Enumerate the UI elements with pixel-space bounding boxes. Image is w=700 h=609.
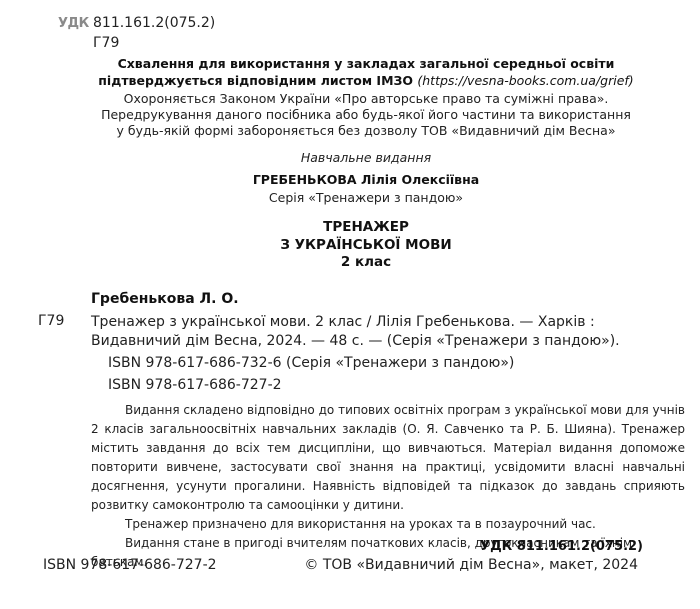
author-mark: Г79: [93, 35, 119, 51]
biblio-description: Тренажер з української мови. 2 клас / Лі…: [91, 313, 676, 351]
copyright-line-1: Охороняється Законом України «Про авторс…: [66, 91, 666, 107]
udk-bottom: УДК 811.161.2(075.2): [480, 539, 643, 554]
copyright-line-3: у будь-якій формі забороняється без дозв…: [66, 123, 666, 139]
grade: 2 клас: [66, 254, 666, 270]
biblio-author-mark: Г79: [38, 313, 64, 329]
copyright-line-2: Передрукування даного посібника або будь…: [66, 107, 666, 123]
annotation-paragraph-1: Видання складено відповідно до типових о…: [91, 401, 685, 515]
book-title-line-1: ТРЕНАЖЕР: [66, 218, 666, 236]
copyright-notice: Охороняється Законом України «Про авторс…: [66, 91, 666, 139]
approval-line-2-text: підтверджується відповідним листом ІМЗО: [98, 73, 413, 88]
series-name: Серія «Тренажери з пандою»: [66, 190, 666, 205]
author-full-name: ГРЕБЕНЬКОВА Лілія Олексіївна: [66, 172, 666, 187]
publisher-copyright: © ТОВ «Видавничий дім Весна», макет, 202…: [304, 557, 638, 573]
edition-type: Навчальне видання: [66, 150, 666, 165]
approval-url: (https://vesna-books.com.ua/grief): [417, 73, 633, 88]
isbn-bottom: ISBN 978-617-686-727-2: [43, 557, 217, 573]
udk-code: 811.161.2(075.2): [93, 15, 215, 31]
book-title-line-2: З УКРАЇНСЬКОЇ МОВИ: [66, 236, 666, 254]
udk-label: УДК: [58, 16, 89, 31]
isbn-series: ISBN 978-617-686-732-6 (Серія «Тренажери…: [108, 355, 514, 371]
book-title: ТРЕНАЖЕР З УКРАЇНСЬКОЇ МОВИ: [66, 218, 666, 254]
approval-notice: Схвалення для використання у закладах за…: [66, 55, 666, 89]
approval-line-1: Схвалення для використання у закладах за…: [66, 55, 666, 72]
isbn-book: ISBN 978-617-686-727-2: [108, 377, 282, 393]
approval-line-2: підтверджується відповідним листом ІМЗО …: [66, 72, 666, 89]
annotation-paragraph-2: Тренажер призначено для використання на …: [91, 515, 685, 534]
biblio-author: Гребенькова Л. О.: [91, 291, 239, 307]
